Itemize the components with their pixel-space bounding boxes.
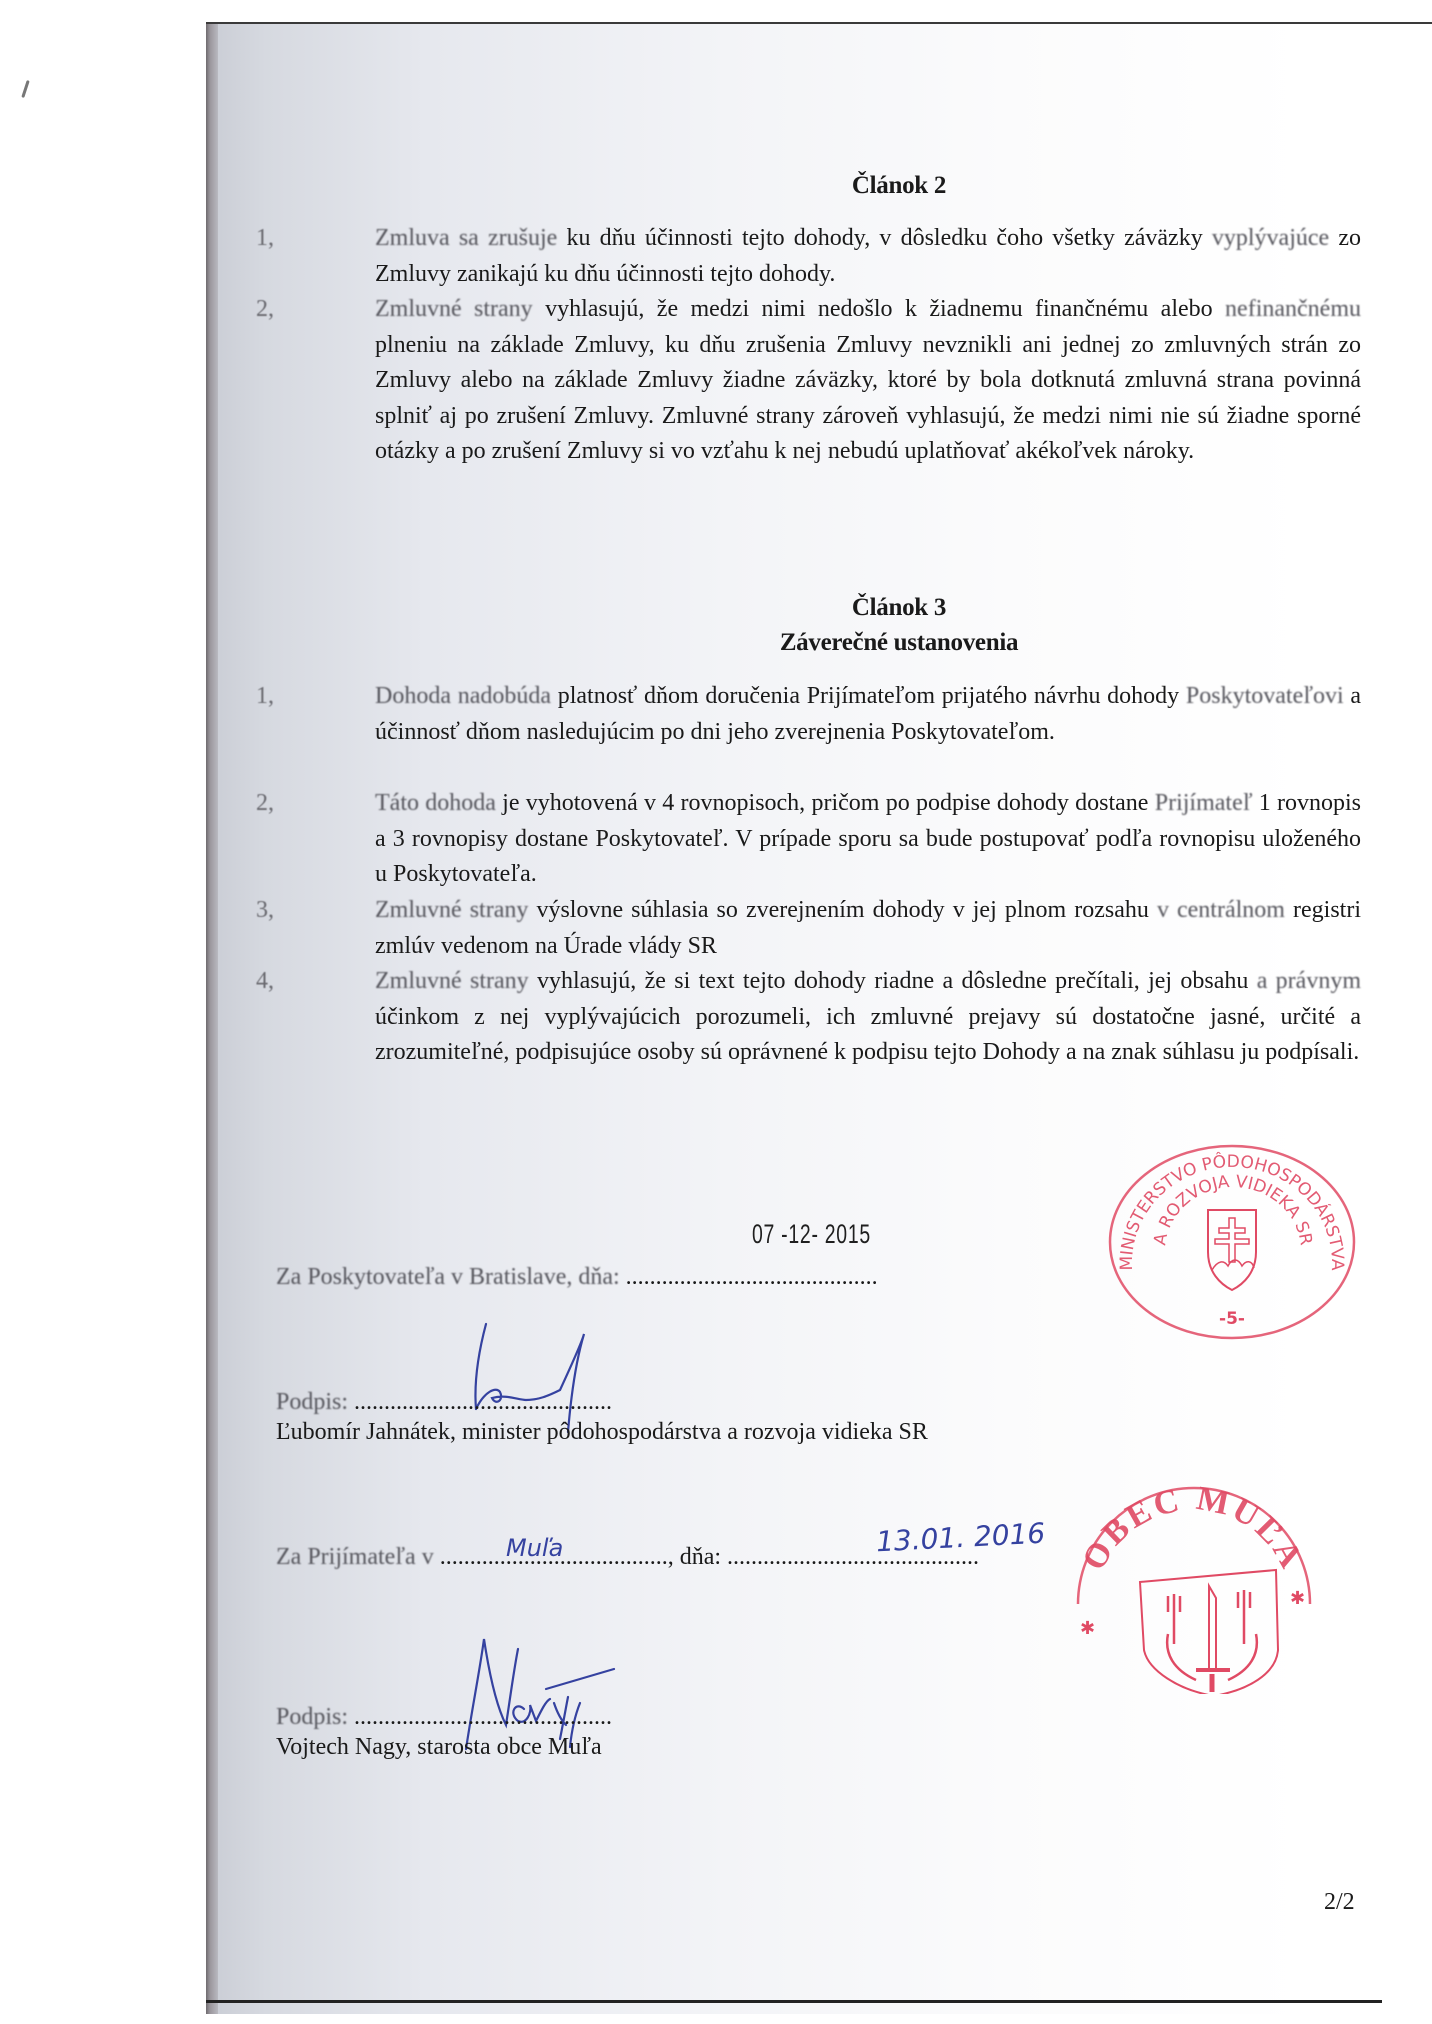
article-2-title: Článok 2 — [286, 172, 1432, 200]
provider-place-line: Za Poskytovateľa v Bratislave, dňa: ....… — [276, 1264, 878, 1291]
item-text: Zmluvné strany výslovne súhlasia so zver… — [375, 893, 1361, 964]
item-text: Táto dohoda je vyhotovená v 4 rovnopisoc… — [375, 786, 1361, 893]
provider-signer-name: Ľubomír Jahnátek, minister pôdohospodárs… — [276, 1419, 928, 1446]
provider-date-stamp: 07 -12- 2015 — [752, 1219, 871, 1250]
recipient-signature-line: Podpis: ................................… — [276, 1704, 612, 1731]
recipient-signer-name: Vojtech Nagy, starosta obce Muľa — [276, 1734, 602, 1761]
ministry-seal-stamp: MINISTERSTVO PÔDOHOSPODÁRSTVA A ROZVOJA … — [1104, 1142, 1360, 1342]
page-bottom-rule — [206, 2000, 1382, 2003]
document-page: Článok 2 1, Zmluva sa zrušuje ku dňu úči… — [206, 22, 1432, 2014]
recipient-handwritten-place: Muľa — [506, 1534, 563, 1562]
page-number: 2/2 — [1324, 1889, 1355, 1916]
municipality-seal-stamp: OBEC MUĽA ✱ ✱ — [1068, 1474, 1318, 1694]
item-text: Zmluvné strany vyhlasujú, že medzi nimi … — [375, 292, 1361, 470]
scan-stray-mark — [21, 80, 29, 98]
provider-signature-line: Podpis: ................................… — [276, 1389, 612, 1416]
item-text: Zmluva sa zrušuje ku dňu účinnosti tejto… — [375, 221, 1361, 292]
star-icon: ✱ — [1080, 1618, 1095, 1638]
provider-signature — [456, 1314, 626, 1434]
item-number: 1, — [256, 679, 296, 715]
item-text: Dohoda nadobúda platnosť dňom doručenia … — [375, 679, 1361, 750]
star-icon: ✱ — [1290, 1588, 1305, 1608]
article-2-item-1: 1, Zmluva sa zrušuje ku dňu účinnosti te… — [256, 221, 1361, 292]
item-number: 2, — [256, 292, 296, 328]
article-3-item-1: 1, Dohoda nadobúda platnosť dňom doručen… — [256, 679, 1361, 750]
svg-text:OBEC MUĽA: OBEC MUĽA — [1075, 1480, 1310, 1576]
item-number: 2, — [256, 786, 296, 822]
item-number: 3, — [256, 893, 296, 929]
item-text: Zmluvné strany vyhlasujú, že si text tej… — [375, 964, 1361, 1071]
article-3-item-3: 3, Zmluvné strany výslovne súhlasia so z… — [256, 893, 1361, 964]
article-3-item-2: 2, Táto dohoda je vyhotovená v 4 rovnopi… — [256, 786, 1361, 893]
item-number: 1, — [256, 221, 296, 257]
double-cross-shield-icon — [1208, 1210, 1256, 1290]
svg-text:-5-: -5- — [1219, 1309, 1245, 1329]
article-3-item-4: 4, Zmluvné strany vyhlasujú, že si text … — [256, 964, 1361, 1071]
sword-and-wheat-shield-icon — [1140, 1570, 1278, 1694]
item-number: 4, — [256, 964, 296, 1000]
recipient-place-line: Za Prijímateľa v .......................… — [276, 1544, 979, 1571]
article-2-item-2: 2, Zmluvné strany vyhlasujú, že medzi ni… — [256, 292, 1361, 470]
article-3-title: Článok 3 — [286, 594, 1432, 622]
article-3-subtitle: Záverečné ustanovenia — [286, 629, 1432, 657]
